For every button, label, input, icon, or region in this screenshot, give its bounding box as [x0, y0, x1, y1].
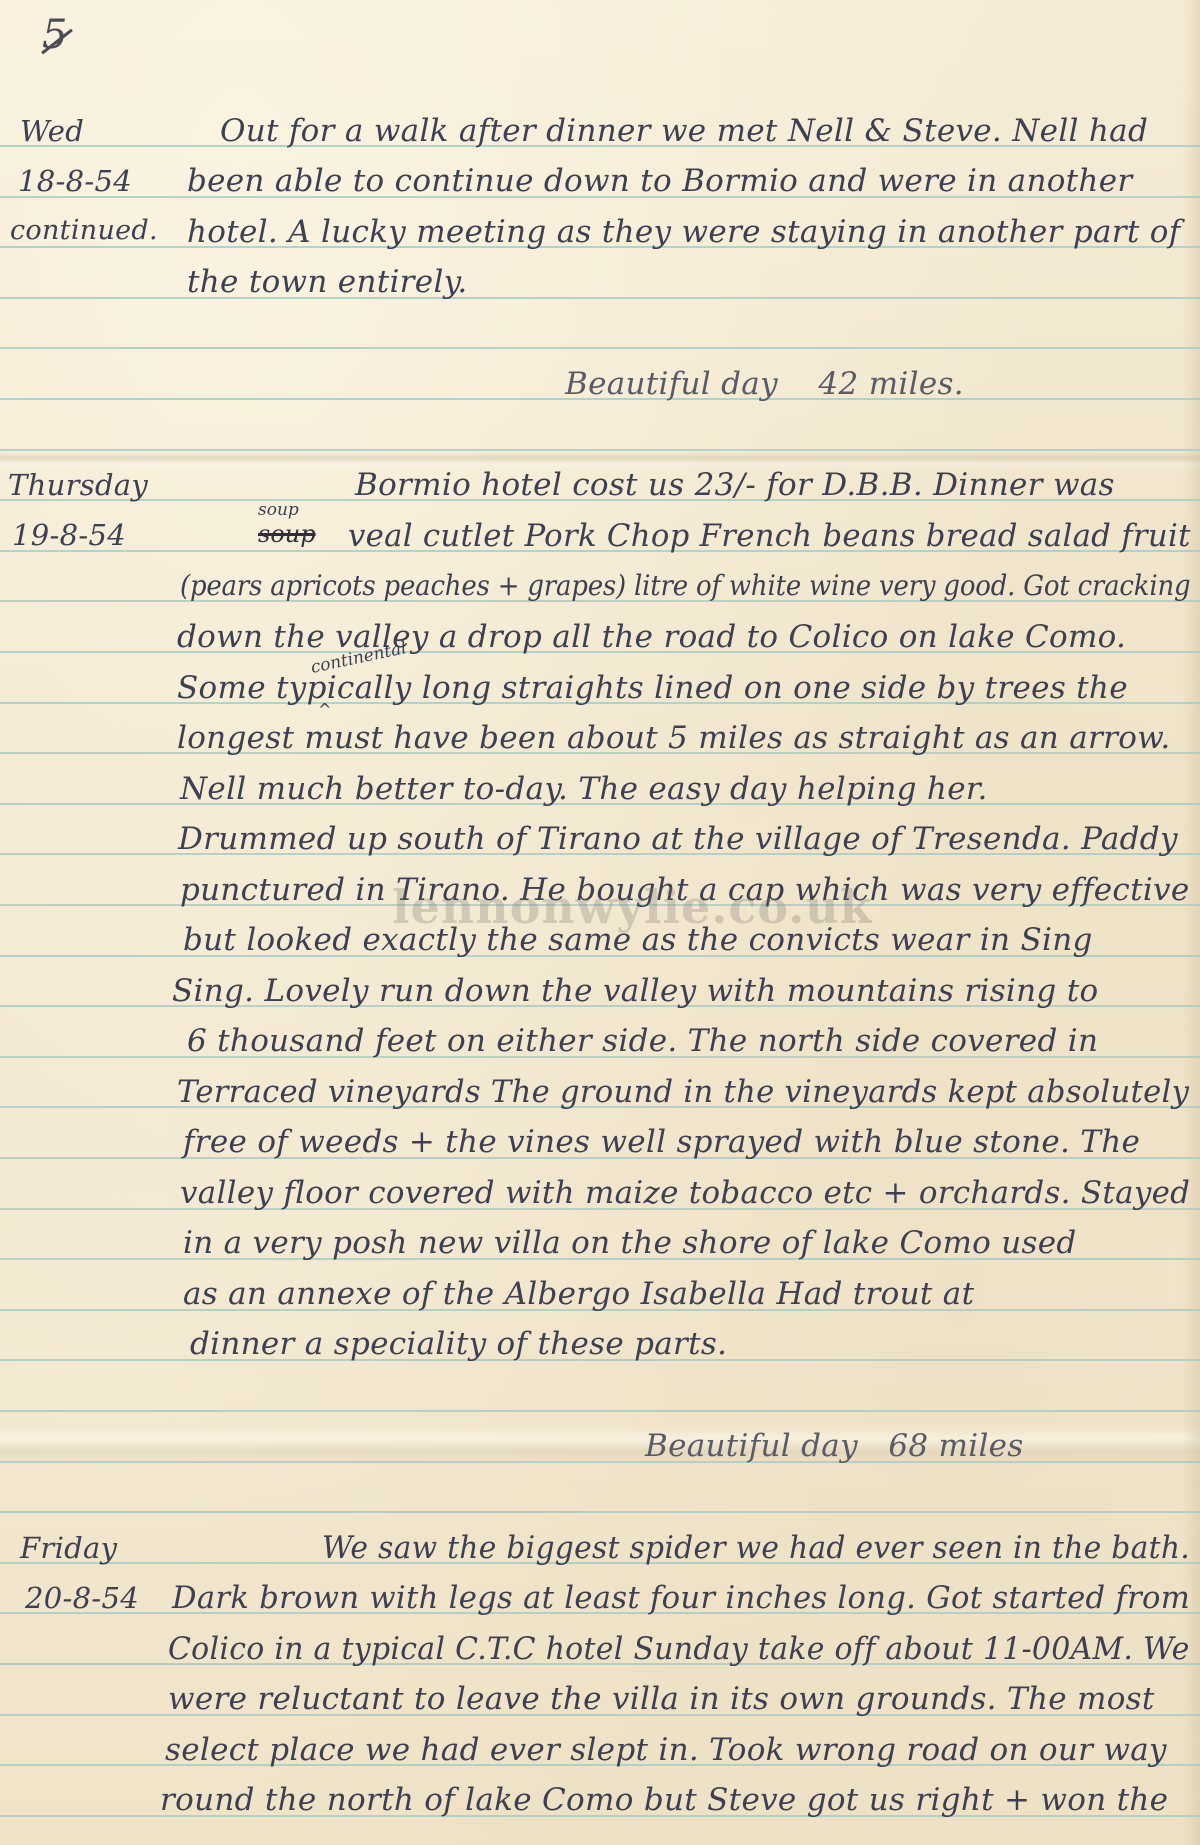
entry-day: Thursday: [8, 467, 148, 503]
entry-line: Colico in a typical C.T.C hotel Sunday t…: [168, 1631, 1190, 1667]
entry-line: Some typically long straights lined on o…: [177, 670, 1128, 706]
entry-line: select place we had ever slept in. Took …: [165, 1732, 1167, 1768]
ruled-line: [0, 347, 1200, 349]
paper-edge-shadow: [1182, 0, 1200, 1845]
entry-line: dinner a speciality of these parts.: [190, 1326, 727, 1362]
entry-day: Friday: [20, 1530, 117, 1566]
entry-line: longest must have been about 5 miles as …: [177, 720, 1171, 756]
entry-line: valley floor covered with maize tobacco …: [180, 1175, 1190, 1211]
entry-line: hotel. A lucky meeting as they were stay…: [187, 214, 1181, 250]
entry-summary: Beautiful day 42 miles.: [565, 366, 964, 402]
entry-line: Nell much better to-day. The easy day he…: [180, 771, 988, 807]
entry-line: Out for a walk after dinner we met Nell …: [220, 113, 1148, 149]
entry-line: the town entirely.: [187, 264, 468, 300]
entry-line: (pears apricots peaches + grapes) litre …: [180, 568, 1190, 604]
ruled-line: [0, 449, 1200, 451]
entry-line: We saw the biggest spider we had ever se…: [322, 1530, 1190, 1566]
entry-line: veal cutlet Pork Chop French beans bread…: [348, 518, 1191, 554]
entry-line: were reluctant to leave the villa in its…: [168, 1681, 1155, 1717]
entry-line: Dark brown with legs at least four inche…: [172, 1580, 1190, 1616]
entry-line: Sing. Lovely run down the valley with mo…: [172, 973, 1098, 1009]
entry-day: Wed: [20, 113, 84, 149]
struck-word: soup: [258, 520, 316, 548]
entry-date: 20-8-54: [25, 1580, 139, 1616]
entry-line: free of weeds + the vines well sprayed w…: [183, 1124, 1140, 1160]
entry-line: in a very posh new villa on the shore of…: [183, 1225, 1077, 1261]
entry-note: continued.: [10, 213, 158, 249]
entry-line: Terraced vineyards The ground in the vin…: [177, 1074, 1189, 1110]
entry-line: 6 thousand feet on either side. The nort…: [187, 1023, 1098, 1059]
entry-line: down the valley a drop all the road to C…: [177, 619, 1126, 655]
entry-line: round the north of lake Como but Steve g…: [160, 1782, 1168, 1818]
entry-line: Drummed up south of Tirano at the villag…: [178, 821, 1178, 857]
entry-line: been able to continue down to Bormio and…: [187, 163, 1132, 199]
diary-page: 5 Wed 18-8-54 continued. Out for a walk …: [0, 0, 1200, 1845]
entry-line: as an annexe of the Albergo Isabella Had…: [183, 1276, 974, 1312]
entry-date: 18-8-54: [18, 163, 132, 199]
entry-summary: Beautiful day 68 miles: [645, 1428, 1024, 1464]
watermark: lennonwylie.co.uk: [392, 880, 873, 934]
insertion-soup: soup: [258, 500, 299, 520]
entry-line: Bormio hotel cost us 23/- for D.B.B. Din…: [355, 467, 1115, 503]
entry-date: 19-8-54: [12, 517, 126, 553]
ruled-line: [0, 297, 1200, 299]
ruled-line: [0, 1410, 1200, 1412]
ruled-line: [0, 1511, 1200, 1513]
